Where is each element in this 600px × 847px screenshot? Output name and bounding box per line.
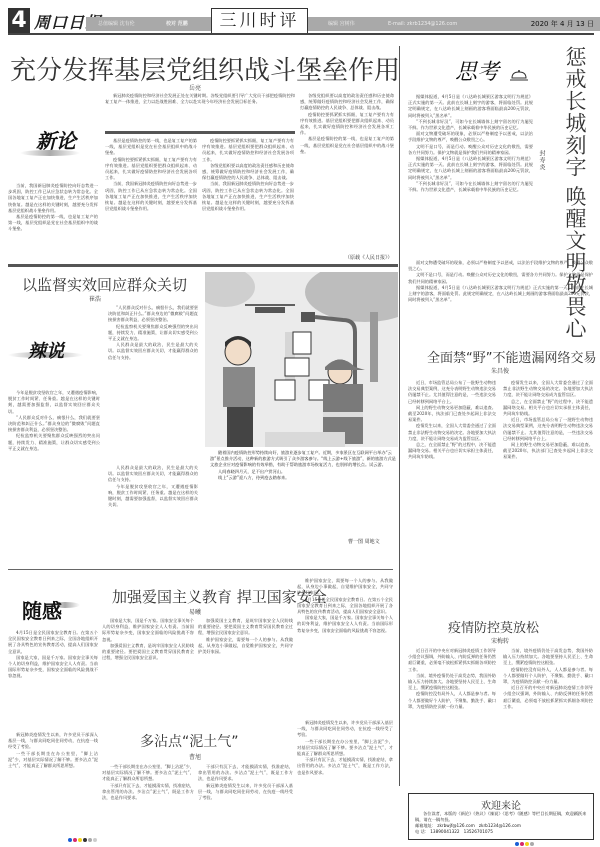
nomarket-byline: 朱昌俊 (480, 366, 520, 375)
grassroots-column-4: 新冠肺炎疫情发生以来，许多党员干部深入基层一线，与群众同吃同住同劳动，在抗疫一线… (297, 720, 393, 840)
lead-intro: 新冠肺炎疫情防控和经济社会发展正处在关键时期。各级党组织要引导广大党员干部把疫情… (105, 93, 295, 125)
supervision-column-1: 今年是脱贫攻坚收官之年，又遭遇疫情影响，脱贫工作时间紧、任务重。越是在这样的关键… (8, 390, 100, 550)
right-top-body-lower: 面对文物遭受破坏的现象，必须以严格制度予以惩戒，以法治手段维护文物的尊严，唤醒公… (408, 260, 593, 340)
call-for-submissions-box: 欢迎来论 各位读者，本版的《新论》《热议》《辣说》《思考》《随感》等栏目长期征稿… (408, 793, 594, 840)
section-editor: 编辑 宫树伟 (328, 17, 355, 31)
section-rule-2 (8, 569, 393, 570)
cloud-tourism-cartoon (205, 272, 398, 447)
masthead: 4 周口日报 总值编辑 沈有伦 校对 范鹏 三川时评 编辑 宫树伟 E-mail… (0, 0, 600, 44)
grassroots-headline: 多沾点“泥土气” (140, 731, 239, 751)
nomarket-headline: 全面禁“野”不能遗漏网络交易 (427, 347, 596, 366)
section-title: 三川时评 (211, 8, 308, 34)
lead-column-2: 基层是疫情防控的第一线，也是复工复产的第一线，基层党组织是党在社会基层组织中的战… (105, 138, 197, 262)
grassroots-byline: 曹旭 (180, 752, 210, 761)
masthead-rule (8, 33, 594, 35)
patriotism-byline: 易曦 (180, 607, 210, 616)
grassroots-column-1: 新冠肺炎疫情发生以来，许多党员干部深入基层一线，与群众同吃同住同劳动，在抗疫一线… (8, 732, 98, 840)
epidemic-column-2: 当前，境外疫情仍处于高发态势，我国外防输入压力持续加大。各地要坚持人民至上、生命… (503, 648, 593, 788)
patriotism-headline: 加强爱国主义教育 捍卫国家安全 (112, 586, 327, 607)
supervision-column-3: 人民群众是最大的政治，民生是最大的关切。以监督实效回应群众关切，才能赢得群众的信… (108, 465, 198, 555)
registration-marks (68, 838, 97, 842)
patriotism-column-1: 4月15日是全民国家安全教育日。在第五个全民国家安全教育日到来之际，全国各地组织… (8, 630, 98, 715)
cartoon-icon (205, 272, 398, 447)
registration-marks (515, 842, 534, 846)
grassroots-column-2: 一些干部长期坐在办公室里，“脚上沾泥”少，对基层实际情况了解不够。要多沾点“泥土… (102, 764, 194, 840)
lashuo-label: 辣说 (28, 337, 64, 363)
sikao-label: 思考 (455, 55, 499, 86)
page-number: 4 (8, 8, 30, 34)
cartoon-caption: 随着国内疫情防控形势持续向好，旅游业逐步复工复产。近期，多家景区在互联网平台举办… (210, 450, 398, 481)
phone-2: 13526701075 (464, 829, 493, 834)
nomarket-column-1: 近日，市场监管总局公布了一批野生动物违法交易典型案例，这充分表明野生动物违法交易… (408, 380, 496, 590)
epidemic-column-1: 近日召开的中央应对新冠肺炎疫情工作领导小组会议强调，外防输入、内防反弹的任务仍然… (408, 648, 496, 788)
lead-headline: 充分发挥基层党组织战斗堡垒作用 (10, 50, 400, 87)
right-top-byline: 封寿炎 (537, 150, 546, 171)
section-rule-1 (8, 264, 398, 267)
supervision-column-2: “人民群众反对什么、痛恨什么，我们就要坚决防范和纠正什么。”群众身边的“微腐败”… (108, 305, 198, 465)
lead-column-4: 各级党组织要以高度的政治责任感和历史使命感，统筹做好疫情防控和经济社会发展工作，… (300, 93, 394, 253)
teapot-icon (508, 68, 530, 84)
welcome-body: 各位读者，本版的《新论》《热议》《辣说》《思考》《随感》等栏目长期征稿，欢迎踊跃… (415, 811, 587, 835)
xinlun-label: 新论 (36, 125, 76, 154)
proofreader: 校对 范鹏 (166, 17, 188, 31)
issue-date: 2020 年 4 月 13 日 (531, 17, 594, 31)
lead-column-3: 疫情防控要抓紧抓实抓细，复工复产要有力有序有效推进。基层党组织要把群众组织起来、… (202, 138, 294, 262)
patriotism-column-3: 加强爱国主义教育，是筑牢国家安全人民防线的重要途径。要把爱国主义教育贯穿国民教育… (198, 618, 293, 716)
patriotism-column-2: 国家是大家，国是千万家。国家安全事关每个人的切身利益，维护国家安全人人有责。当前… (102, 618, 194, 716)
welcome-title: 欢迎来论 (409, 797, 593, 812)
epidemic-byline: 宋梅转 (480, 636, 520, 645)
chief-editor: 总值编辑 沈有伦 (98, 17, 135, 31)
cartoon-credit: 曹一图 周地文 (348, 538, 380, 545)
epidemic-headline: 疫情防控莫放松 (448, 617, 539, 636)
editor-email: E-mail: zkrb1234@126.com (388, 17, 457, 31)
supervision-headline: 以监督实效回应群众关切 (22, 274, 187, 295)
nomarket-column-2: 疫情发生以来，全国人大常委会通过了全面禁止非法野生动物交易的决定。各地要加大执法… (503, 380, 593, 590)
lead-source: （原载《人民日报》） (345, 254, 393, 261)
grassroots-column-3: 干部只有沉下去，才能摸清实情，找准症结，拿出管用的办法。多沾点“泥土气”，既是工… (198, 764, 293, 840)
poem-line-2: 线上“云游”迎八方，待到疫去踏春来。 (210, 475, 398, 481)
column-divider (399, 46, 400, 786)
lead-column-1: 当前，我国新冠肺炎疫情防控向好态势进一步巩固，防控工作已从应急状态转为常态化。全… (8, 183, 98, 263)
patriotism-column-4: 维护国家安全，需要每一个人的参与。从我做起，从身边小事做起，自觉维护国家安全，共… (297, 578, 393, 716)
lead-intro-rule (105, 131, 295, 134)
supervision-byline: 崔浩 (80, 294, 110, 303)
lead-byline: 岳亮 (180, 83, 210, 92)
email-1[interactable]: zkrbwjf@126.com (437, 823, 475, 828)
phone-1: 13890041322 (430, 829, 459, 834)
email-2[interactable]: zkrb1234@126.com (479, 823, 521, 828)
left-info-bar: 总值编辑 沈有伦 校对 范鹏 (86, 17, 211, 31)
suigan-label: 随感 (22, 595, 62, 624)
